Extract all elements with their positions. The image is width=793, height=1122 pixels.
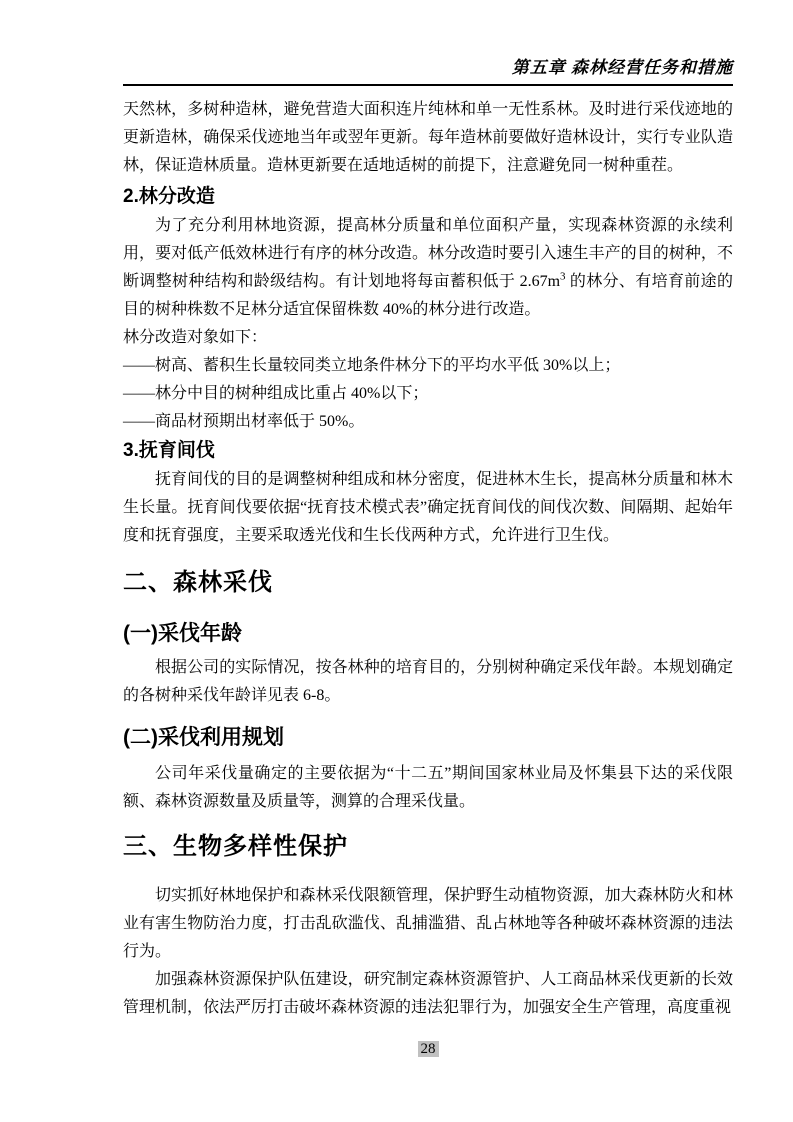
paragraph-continuation: 天然林，多树种造林，避免营造大面积连片纯林和单一无性系林。及时进行采伐迹地的更新… [123,96,733,180]
page-footer: 28 [123,1040,733,1059]
list-intro: 林分改造对象如下： [123,324,733,352]
heading-stand-improvement: 2.林分改造 [123,184,733,210]
heading-harvest-planning: (二)采伐利用规划 [123,724,733,752]
document-page: 第五章 森林经营任务和措施 天然林，多树种造林，避免营造大面积连片纯林和单一无性… [0,0,793,1122]
heading-biodiversity: 三、生物多样性保护 [123,832,733,862]
page-number: 28 [418,1041,439,1057]
paragraph-cutting-age: 根据公司的实际情况，按各林种的培育目的，分别树种确定采伐年龄。本规划确定的各树种… [123,654,733,710]
list-item: ——树高、蓄积生长量较同类立地条件林分下的平均水平低 30%以上； [123,352,733,380]
paragraph-tending-thinning: 抚育间伐的目的是调整树种组成和林分密度，促进林木生长，提高林分质量和林木生长量。… [123,466,733,550]
paragraph-stand-improvement: 为了充分利用林地资源，提高林分质量和单位面积产量，实现森林资源的永续利用，要对低… [123,212,733,324]
heading-forest-harvesting: 二、森林采伐 [123,568,733,598]
paragraph-harvest-planning: 公司年采伐量确定的主要依据为“十二五”期间国家林业局及怀集县下达的采伐限额、森林… [123,760,733,816]
paragraph-biodiversity-1: 切实抓好林地保护和森林采伐限额管理，保护野生动植物资源，加大森林防火和林业有害生… [123,882,733,966]
heading-tending-thinning: 3.抚育间伐 [123,438,733,464]
paragraph-biodiversity-2: 加强森林资源保护队伍建设，研究制定森林资源管护、人工商品林采伐更新的长效管理机制… [123,966,733,1022]
heading-cutting-age: (一)采伐年龄 [123,620,733,648]
page-header: 第五章 森林经营任务和措施 [123,58,733,86]
chapter-title: 第五章 森林经营任务和措施 [512,58,733,77]
list-item: ——林分中目的树种组成比重占 40%以下； [123,380,733,408]
list-item: ——商品材预期出材率低于 50%。 [123,408,733,436]
